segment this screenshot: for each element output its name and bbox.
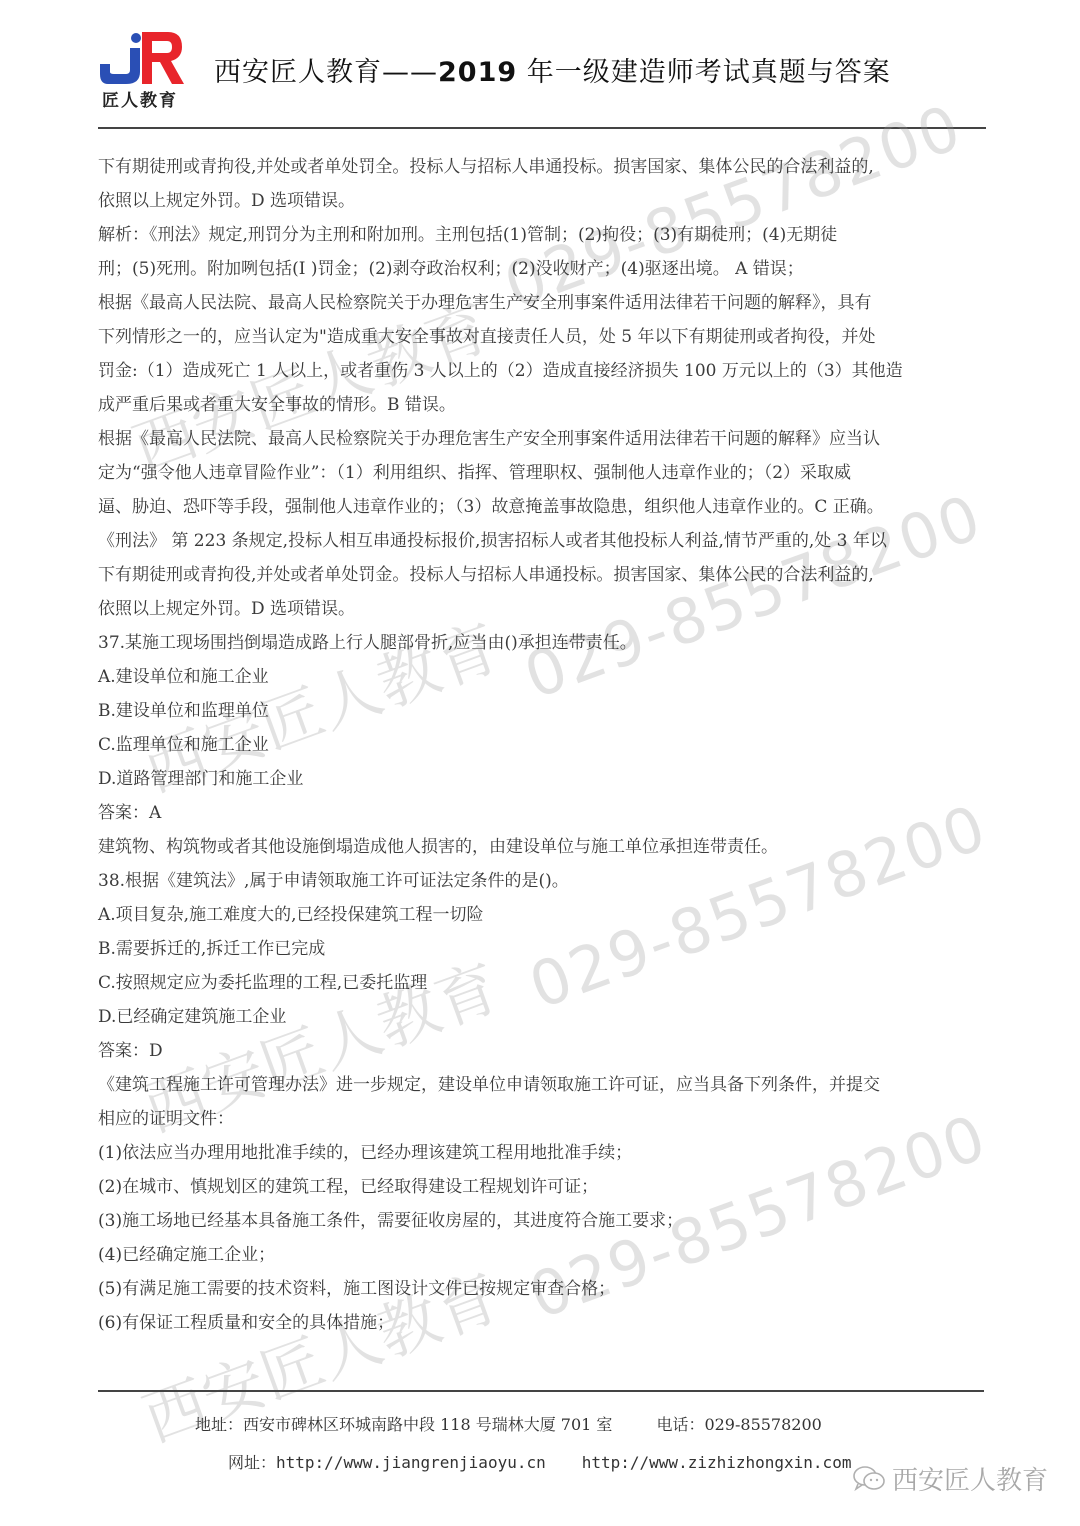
paragraph-line: 定为“强令他人违章冒险作业”：（1）利用组织、指挥、管理职权、强制他人违章作业的…	[98, 456, 988, 490]
paragraph-line: 逼、胁迫、恐吓等手段，强制他人违章作业的；（3）故意掩盖事故隐患，组织他人违章作…	[98, 490, 988, 524]
question-38-explanation-line: (6)有保证工程质量和安全的具体措施；	[98, 1306, 988, 1340]
document-title: 西安匠人教育——2019 年一级建造师考试真题与答案	[214, 50, 891, 89]
question-38-explanation-line: 《建筑工程施工许可管理办法》进一步规定，建设单位申请领取施工许可证，应当具备下列…	[98, 1068, 988, 1102]
footer-divider	[98, 1390, 984, 1392]
paragraph-line: 依照以上规定外罚。D 选项错误。	[98, 592, 988, 626]
question-37-option-b: B.建设单位和监理单位	[98, 694, 988, 728]
wechat-icon	[852, 1465, 886, 1493]
question-38-stem: 38.根据《建筑法》,属于申请领取施工许可证法定条件的是()。	[98, 864, 988, 898]
paragraph-line: 下有期徒刑或青拘役,并处或者单处罚全。投标人与招标人串通投标。损害国家、集体公民…	[98, 150, 988, 184]
question-37-explanation: 建筑物、构筑物或者其他设施倒塌造成他人损害的，由建设单位与施工单位承担连带责任。	[98, 830, 988, 864]
question-37-stem: 37.某施工现场围挡倒塌造成路上行人腿部骨折,应当由()承担连带责任。	[98, 626, 988, 660]
question-38-explanation-line: (2)在城市、慎规划区的建筑工程，已经取得建设工程规划许可证；	[98, 1170, 988, 1204]
paragraph-line: 成严重后果或者重大安全事故的情形。B 错误。	[98, 388, 988, 422]
paragraph-line: 根据《最高人民法院、最高人民检察院关于办理危害生产安全刑事案件适用法律若干问题的…	[98, 422, 988, 456]
page-header: 匠人教育 西安匠人教育——2019 年一级建造师考试真题与答案	[98, 28, 986, 128]
question-38-answer: 答案：D	[98, 1034, 988, 1068]
question-38-option-a: A.项目复杂,施工难度大的,已经投保建筑工程一切险	[98, 898, 988, 932]
question-38-option-d: D.已经确定建筑施工企业	[98, 1000, 988, 1034]
wechat-account-name: 西安匠人教育	[892, 1460, 1048, 1497]
question-38-explanation-line: 相应的证明文件：	[98, 1102, 988, 1136]
paragraph-line: 罚金:（1）造成死亡 1 人以上，或者重伤 3 人以上的（2）造成直接经济损失 …	[98, 354, 988, 388]
logo-caption: 匠人教育	[102, 86, 178, 111]
question-37-option-a: A.建设单位和施工企业	[98, 660, 988, 694]
paragraph-line: 解析：《刑法》规定,刑罚分为主刑和附加刑。主刑包括(1)管制；(2)拘役；(3)…	[98, 218, 988, 252]
footer-address: 地址：西安市碑林区环城南路中段 118 号瑞林大厦 701 室	[195, 1415, 612, 1434]
paragraph-line: 下列情形之一的，应当认定为"造成重大安全事故对直接责任人员，处 5 年以下有期徒…	[98, 320, 988, 354]
title-year: 2019	[438, 57, 517, 88]
question-38-explanation-line: (4)已经确定施工企业；	[98, 1238, 988, 1272]
footer-phone: 电话：029-85578200	[656, 1415, 821, 1434]
paragraph-line: 依照以上规定外罚。D 选项错误。	[98, 184, 988, 218]
footer-contact: 地址：西安市碑林区环城南路中段 118 号瑞林大厦 701 室电话：029-85…	[195, 1412, 822, 1435]
footer-web-label: 网址：	[228, 1453, 276, 1472]
document-body: 下有期徒刑或青拘役,并处或者单处罚全。投标人与招标人串通投标。损害国家、集体公民…	[98, 150, 988, 1340]
paragraph-line: 根据《最高人民法院、最高人民检察院关于办理危害生产安全刑事案件适用法律若干问题的…	[98, 286, 988, 320]
question-38-option-b: B.需要拆迁的,拆迁工作已完成	[98, 932, 988, 966]
header-divider	[98, 127, 986, 129]
question-37-option-d: D.道路管理部门和施工企业	[98, 762, 988, 796]
footer-websites: 网址：http://www.jiangrenjiaoyu.cnhttp://ww…	[228, 1450, 851, 1473]
question-38-explanation-line: (5)有满足施工需要的技术资料，施工图设计文件已按规定审查合格；	[98, 1272, 988, 1306]
question-38-option-c: C.按照规定应为委托监理的工程,已委托监理	[98, 966, 988, 1000]
wechat-account-watermark: 西安匠人教育	[852, 1460, 1048, 1497]
footer-url-1[interactable]: http://www.jiangrenjiaoyu.cn	[276, 1453, 546, 1472]
title-suffix: 年一级建造师考试真题与答案	[517, 57, 891, 88]
question-38-explanation-line: (1)依法应当办理用地批准手续的，已经办理该建筑工程用地批准手续；	[98, 1136, 988, 1170]
paragraph-line: 《刑法》 第 223 条规定,投标人相互串通投标报价,损害招标人或者其他投标人利…	[98, 524, 988, 558]
question-37-option-c: C.监理单位和施工企业	[98, 728, 988, 762]
jr-logo: 匠人教育	[98, 28, 188, 112]
paragraph-line: 刑；(5)死刑。附加咧包括(I )罚金；(2)剥夺政治权利；(2)没收财产；(4…	[98, 252, 988, 286]
title-prefix: 西安匠人教育——	[214, 57, 438, 88]
question-38-explanation-line: (3)施工场地已经基本具备施工条件，需要征收房屋的，其进度符合施工要求；	[98, 1204, 988, 1238]
question-37-answer: 答案：A	[98, 796, 988, 830]
paragraph-line: 下有期徒刑或青拘役,并处或者单处罚金。投标人与招标人串通投标。损害国家、集体公民…	[98, 558, 988, 592]
footer-url-2[interactable]: http://www.zizhizhongxin.com	[582, 1453, 852, 1472]
jr-logo-icon	[98, 28, 188, 88]
